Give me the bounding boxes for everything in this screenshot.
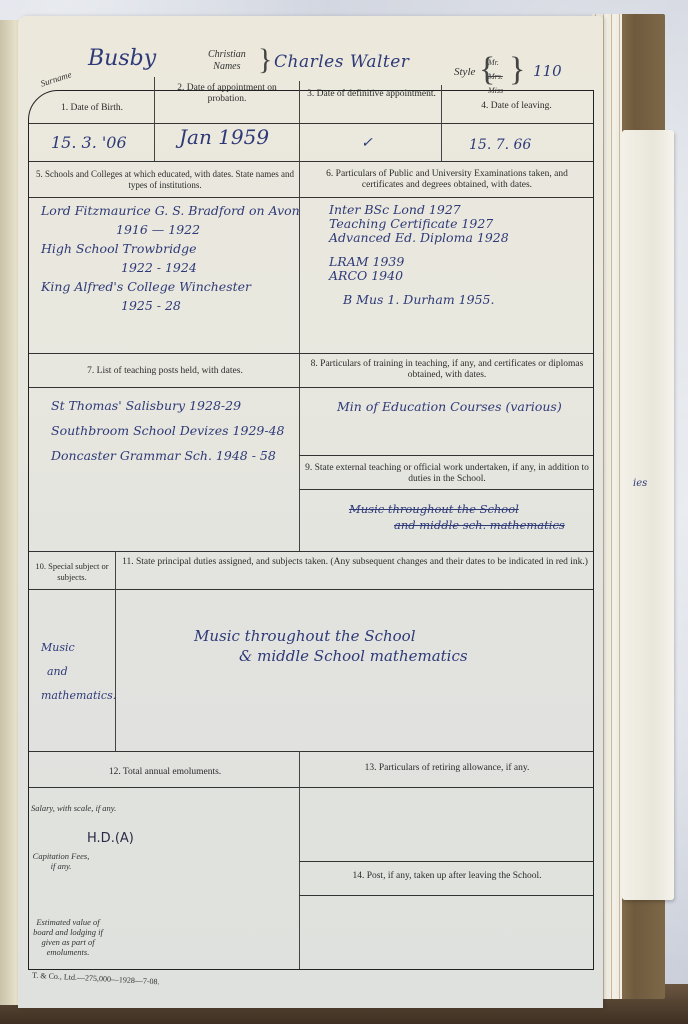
post-after-leaving-label: 14. Post, if any, taken up after leaving… (305, 871, 589, 882)
list-item: and middle sch. mathematics (349, 517, 565, 533)
duties-list: Music throughout the School & middle Sch… (194, 626, 468, 666)
style-option-mrs: Mrs. (488, 70, 503, 84)
special-subject-label: 10. Special subject or subjects. (31, 561, 113, 583)
list-item: Lord Fitzmaurice G. S. Bradford on Avon (41, 201, 300, 220)
salary-label: Salary, with scale, if any. (31, 803, 151, 813)
list-item: Music (41, 636, 116, 660)
list-item: LRAM 1939 (329, 255, 509, 269)
list-item: ARCO 1940 (329, 269, 509, 283)
list-item: 1922 - 1924 (41, 258, 300, 277)
list-item: Music throughout the School (349, 501, 565, 517)
list-item: Teaching Certificate 1927 (329, 217, 509, 231)
register-page: Surname Busby Christian Names } Charles … (18, 16, 603, 1008)
examinations-list: Inter BSc Lond 1927 Teaching Certificate… (329, 203, 509, 307)
margin-note: ies (633, 478, 647, 489)
style-option-mr: Mr. (488, 56, 503, 70)
christian-label-line1: Christian (208, 49, 246, 61)
retiring-allowance-label: 13. Particulars of retiring allowance, i… (305, 763, 589, 774)
list-item: St Thomas' Salisbury 1928-29 (51, 393, 285, 418)
surname-label: Surname (39, 69, 73, 88)
list-item: mathematics. (41, 684, 116, 708)
examinations-label: 6. Particulars of Public and University … (305, 169, 589, 191)
printer-imprint: T. & Co., Ltd.—275,000—1928—7-08. (32, 971, 160, 987)
style-label: Style (454, 66, 475, 78)
schools-label: 5. Schools and Colleges at which educate… (35, 169, 295, 191)
date-appointment-probation-value: Jan 1959 (179, 125, 269, 149)
record-form: 1. Date of Birth. 2. Date of appointment… (28, 90, 594, 970)
list-item: High School Trowbridge (41, 239, 300, 258)
duties-label: 11. State principal duties assigned, and… (121, 557, 589, 568)
list-item: and (41, 660, 116, 684)
list-item: Doncaster Grammar Sch. 1948 - 58 (51, 443, 285, 468)
capitation-fees-label: Capitation Fees, if any. (31, 851, 91, 871)
date-of-leaving-label: 4. Date of leaving. (444, 101, 589, 112)
surname-value: Busby (88, 46, 156, 71)
brace-icon: } (509, 56, 525, 84)
date-of-leaving-value: 15. 7. 66 (469, 137, 531, 153)
emoluments-label: 12. Total annual emoluments. (35, 767, 295, 778)
christian-names-label: Christian Names (208, 49, 246, 73)
christian-label-line2: Names (208, 61, 246, 73)
board-lodging-label: Estimated value of board and lodging if … (31, 917, 105, 957)
list-item: 1916 — 1922 (41, 220, 300, 239)
training-value: Min of Education Courses (various) (337, 399, 562, 414)
list-item: Southbroom School Devizes 1929-48 (51, 418, 285, 443)
teaching-posts-label: 7. List of teaching posts held, with dat… (35, 366, 295, 377)
salary-value: H.D.(A) (87, 831, 134, 846)
list-item: King Alfred's College Winchester (41, 277, 300, 296)
list-item: & middle School mathematics (194, 646, 468, 666)
list-item: B Mus 1. Durham 1955. (329, 293, 509, 307)
date-definitive-appointment-label: 3. Date of definitive appointment. (304, 89, 439, 100)
record-number: 110 (533, 62, 562, 80)
christian-names-value: Charles Walter (274, 52, 409, 72)
list-item: Inter BSc Lond 1927 (329, 203, 509, 217)
list-item: Music throughout the School (194, 626, 468, 646)
external-work-label: 9. State external teaching or official w… (305, 463, 589, 485)
date-of-birth-label: 1. Date of Birth. (37, 103, 147, 114)
special-subject-list: Music and mathematics. (41, 636, 116, 708)
date-of-birth-value: 15. 3. '06 (51, 133, 127, 152)
external-work-list: Music throughout the School and middle s… (349, 501, 565, 533)
brace-icon: } (258, 46, 272, 74)
schools-list: Lord Fitzmaurice G. S. Bradford on Avon … (41, 201, 300, 315)
date-appointment-probation-label: 2. Date of appointment on probation. (157, 83, 297, 105)
list-item: 1925 - 28 (41, 296, 300, 315)
date-definitive-appointment-value: ✓ (361, 135, 373, 151)
inserted-paper (622, 130, 674, 900)
list-item: Advanced Ed. Diploma 1928 (329, 231, 509, 245)
teaching-posts-list: St Thomas' Salisbury 1928-29 Southbroom … (51, 393, 285, 468)
training-label: 8. Particulars of training in teaching, … (305, 359, 589, 381)
